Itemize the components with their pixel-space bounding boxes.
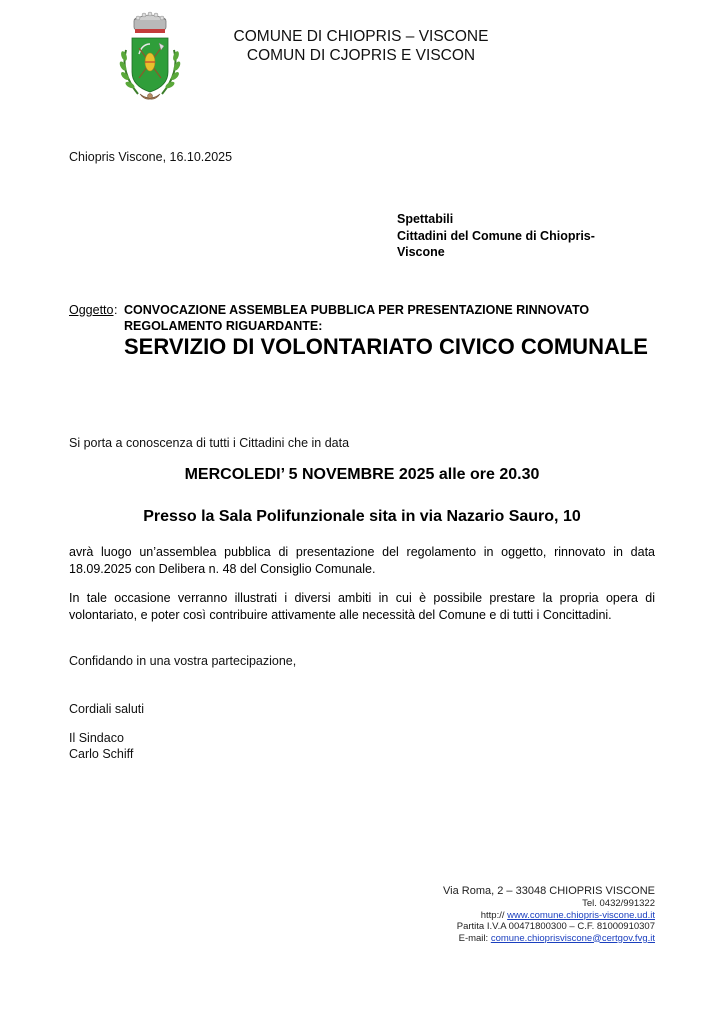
subject-line: REGOLAMENTO RIGUARDANTE: [124,319,664,335]
recipient-salutation: Spettabili [397,211,627,228]
footer-email: E-mail: comune.chioprisviscone@certgov.f… [443,933,655,945]
subject-line: CONVOCAZIONE ASSEMBLEA PUBBLICA PER PRES… [124,303,664,319]
signer-name: Carlo Schiff [69,746,133,762]
subject-heading: SERVIZIO DI VOLONTARIATO CIVICO COMUNALE [124,334,648,360]
footer-address: Via Roma, 2 – 33048 CHIOPRIS VISCONE [443,884,655,898]
email-link[interactable]: comune.chioprisviscone@certgov.fvg.it [491,933,655,944]
footer-vat: Partita I.V.A 00471800300 – C.F. 8100091… [443,921,655,933]
body-paragraph: avrà luogo un’assemblea pubblica di pres… [69,544,655,577]
recipient-line: Cittadini del Comune di Chiopris- [397,228,627,245]
footer-contact: Via Roma, 2 – 33048 CHIOPRIS VISCONE Tel… [443,884,655,944]
closing-text: Confidando in una vostra partecipazione, [69,653,296,669]
event-place: Presso la Sala Polifunzionale sita in vi… [0,508,724,526]
regards-text: Cordiali saluti [69,701,144,717]
footer-phone: Tel. 0432/991322 [443,898,655,910]
signer-role: Il Sindaco [69,730,124,746]
event-date: MERCOLEDI’ 5 NOVEMBRE 2025 alle ore 20.3… [0,466,724,484]
municipality-name: COMUNE DI CHIOPRIS – VISCONE [200,27,522,46]
coat-of-arms-icon [112,10,188,104]
email-prefix: E-mail: [459,933,491,944]
subject-separator: : [114,303,117,317]
municipality-name-friulian: COMUN DI CJOPRIS E VISCON [200,46,522,65]
subject-text: CONVOCAZIONE ASSEMBLEA PUBBLICA PER PRES… [124,303,664,334]
subject-label: Oggetto [69,303,113,317]
body-paragraph: In tale occasione verranno illustrati i … [69,590,655,623]
website-link[interactable]: www.comune.chiopris-viscone.ud.it [507,910,655,921]
intro-text: Si porta a conoscenza di tutti i Cittadi… [69,435,349,451]
place-date: Chiopris Viscone, 16.10.2025 [69,149,232,165]
website-prefix: http:// [481,910,507,921]
footer-website: http:// www.comune.chiopris-viscone.ud.i… [443,910,655,922]
recipient-block: Spettabili Cittadini del Comune di Chiop… [397,211,627,261]
recipient-line: Viscone [397,244,627,261]
